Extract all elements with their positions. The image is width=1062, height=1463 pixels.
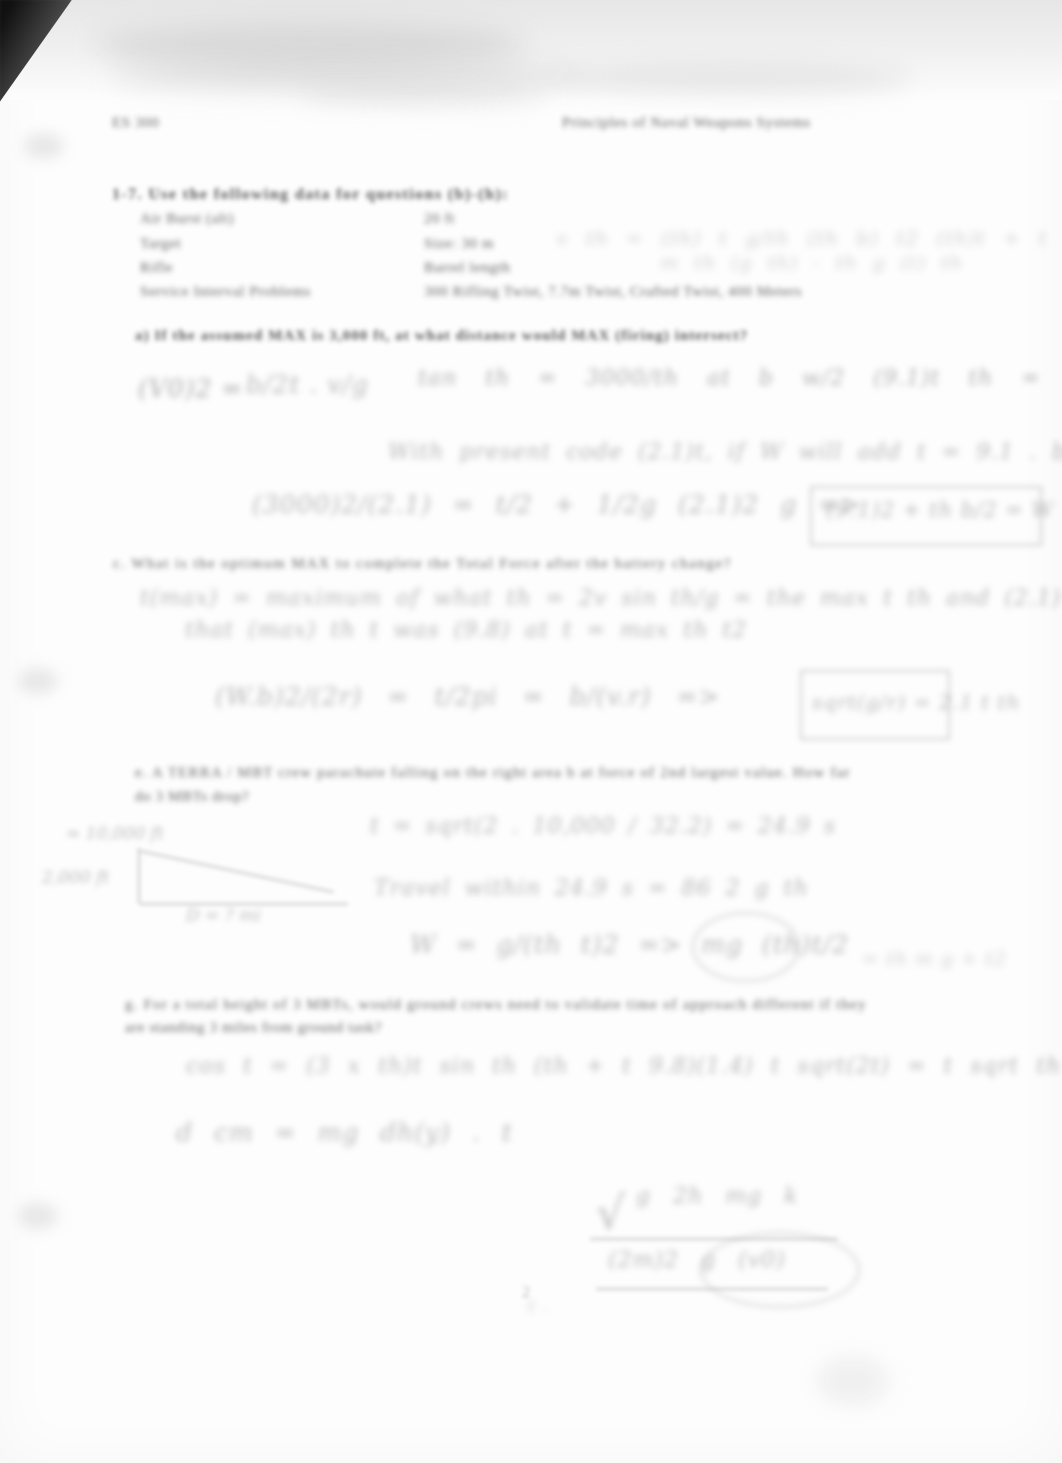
table-row-label: Air Burst (alt) — [140, 211, 234, 228]
question-c: c. What is the optimum MAX to complete t… — [113, 556, 732, 573]
pencil-work: d cm = mg dh(y) . t — [176, 1118, 513, 1147]
table-row-label: Service Interval Problems — [140, 284, 311, 301]
pencil-note: m th (g th) - th g (t) th — [660, 252, 963, 274]
table-row-label: Target — [140, 236, 181, 253]
question-g-line2: are standing 3 miles from ground task? — [125, 1020, 382, 1037]
paper-smudge — [818, 1358, 888, 1404]
circled-answer — [700, 1232, 860, 1308]
pencil-work: tan th = 3000/th at b w/2 (9.1)t th = 2.… — [418, 366, 1062, 391]
circled-answer — [692, 912, 800, 982]
boxed-answer-text: (9.1)2 + th b/2 = W — [826, 498, 1054, 522]
pencil-work: (V0)2 = — [138, 374, 243, 403]
pencil-fraction-top: g 2h mg k — [636, 1184, 799, 1209]
pencil-work: Travel within 24.9 s = 86 2 g th — [374, 876, 809, 901]
header-course-code: ES 300 — [112, 115, 159, 132]
pencil-note: v th = (th) t g/th (th b) t2 (th)t + t — [556, 226, 1047, 250]
pencil-work: (3000)2/(2.1) = t/2 + 1/2g (2.1)2 g => — [252, 490, 862, 519]
pencil-stray-mark: t . — [528, 1296, 550, 1317]
diagram-base-label: D = ? mi — [186, 906, 261, 926]
page-number: 2 — [522, 1284, 530, 1302]
pencil-work: = th m g + t2 — [862, 948, 1007, 970]
table-row-value: 20 ft — [424, 211, 455, 228]
scanned-document-page: ES 300 Principles of Naval Weapons Syste… — [0, 0, 1062, 1463]
table-row-label: Rifle — [140, 260, 173, 277]
problem-heading: 1-7. Use the following data for question… — [112, 186, 509, 204]
diagram-altitude-label: ≈ 10,000 ft — [66, 824, 164, 844]
fraction-bar — [596, 1288, 828, 1290]
diagram-height-label: 2,000 ft — [42, 868, 109, 888]
hole-punch-mark — [24, 133, 64, 159]
pencil-work: t(max) = maximum of what th = 2v sin th/… — [140, 586, 1061, 611]
diagram-vertical-line — [138, 848, 140, 904]
table-row-value: 300 Rifling Twist, 7.7m Twist, Crafted T… — [424, 284, 802, 301]
pencil-work: b/2t . v/g — [246, 370, 369, 399]
question-e-line2: do 3 MBTs drop? — [135, 789, 249, 806]
scanner-smudge — [552, 64, 912, 94]
boxed-answer-text: sqrt(g/r) = 2.1 t th — [812, 690, 1020, 714]
question-e-line1: e. A TERRA / MBT crew parachute falling … — [135, 765, 851, 782]
hole-punch-mark — [18, 1203, 58, 1229]
question-a: a) If the assumed MAX is 3,000 ft, at wh… — [135, 328, 748, 345]
table-row-value: Size: 30 m — [424, 236, 494, 253]
pencil-work: that (max) th t was (9.8) at t = max th … — [185, 618, 747, 643]
diagram-hypotenuse-line — [140, 850, 334, 893]
hole-punch-mark — [18, 668, 58, 694]
header-title: Principles of Naval Weapons Systems — [562, 115, 811, 132]
pencil-fraction-radical: √ — [596, 1186, 626, 1240]
diagram-base-line — [140, 903, 348, 905]
question-g-line1: g. For a total height of 3 MBTs, would g… — [125, 997, 867, 1014]
pencil-work: (W.b)2/(2r) = t/2pi = b/(v.r) => — [215, 682, 720, 711]
pencil-work: cos t = (3 x th)t sin th (th + t 9.8)(1.… — [186, 1054, 1062, 1079]
scanner-smudge — [300, 84, 550, 106]
pencil-work: With present code (2.1)t, if W will add … — [388, 440, 1062, 465]
table-row-value: Barrel length — [424, 260, 511, 277]
pencil-work: t = sqrt(2 . 10,000 / 32.2) = 24.9 s — [370, 814, 836, 839]
